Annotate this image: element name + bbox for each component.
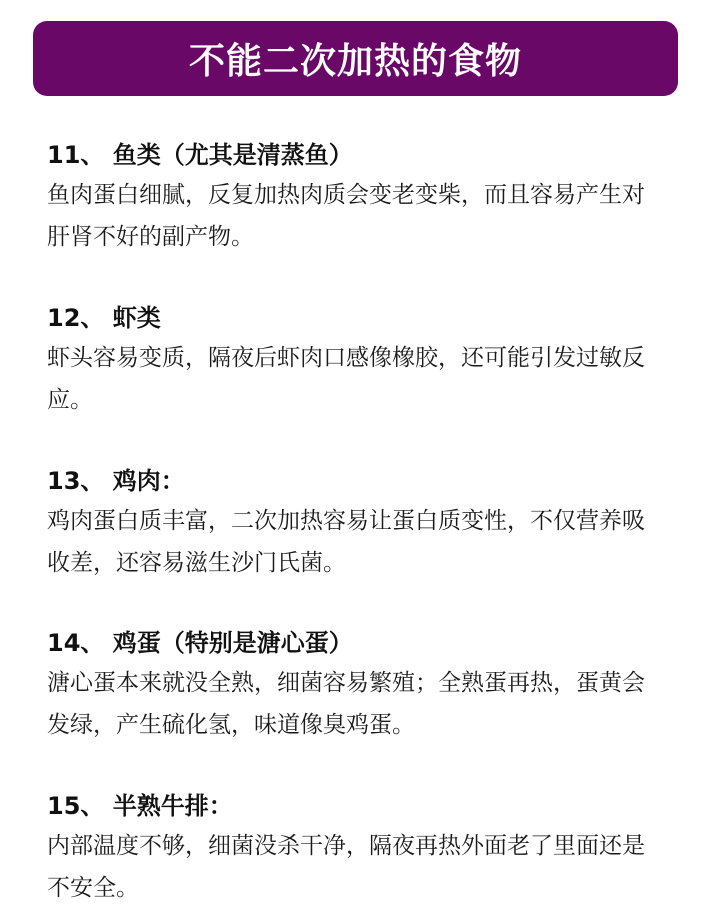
title-banner: 不能二次加热的食物 [33,21,678,96]
section-heading: 11、 鱼类（尤其是清蒸鱼） [47,140,667,170]
food-item-12: 12、 虾类 虾头容易变质，隔夜后虾肉口感像橡胶，还可能引发过敏反应。 [47,303,667,421]
section-heading: 14、 鸡蛋（特别是溏心蛋） [47,628,667,658]
food-item-11: 11、 鱼类（尤其是清蒸鱼） 鱼肉蛋白细腻，反复加热肉质会变老变柴，而且容易产生… [47,140,667,258]
section-heading: 13、 鸡肉： [47,466,667,496]
section-body: 虾头容易变质，隔夜后虾肉口感像橡胶，还可能引发过敏反应。 [47,337,667,421]
section-body: 溏心蛋本来就没全熟，细菌容易繁殖；全熟蛋再热，蛋黄会发绿，产生硫化氢，味道像臭鸡… [47,662,667,746]
section-body: 内部温度不够，细菌没杀干净，隔夜再热外面老了里面还是不安全。 [47,825,667,909]
page-title: 不能二次加热的食物 [189,33,522,84]
section-heading: 15、 半熟牛排： [47,791,667,821]
food-item-15: 15、 半熟牛排： 内部温度不够，细菌没杀干净，隔夜再热外面老了里面还是不安全。 [47,791,667,909]
section-body: 鸡肉蛋白质丰富，二次加热容易让蛋白质变性，不仅营养吸收差，还容易滋生沙门氏菌。 [47,500,667,584]
section-heading: 12、 虾类 [47,303,667,333]
section-body: 鱼肉蛋白细腻，反复加热肉质会变老变柴，而且容易产生对肝肾不好的副产物。 [47,174,667,258]
food-item-13: 13、 鸡肉： 鸡肉蛋白质丰富，二次加热容易让蛋白质变性，不仅营养吸收差，还容易… [47,466,667,584]
food-item-14: 14、 鸡蛋（特别是溏心蛋） 溏心蛋本来就没全熟，细菌容易繁殖；全熟蛋再热，蛋黄… [47,628,667,746]
